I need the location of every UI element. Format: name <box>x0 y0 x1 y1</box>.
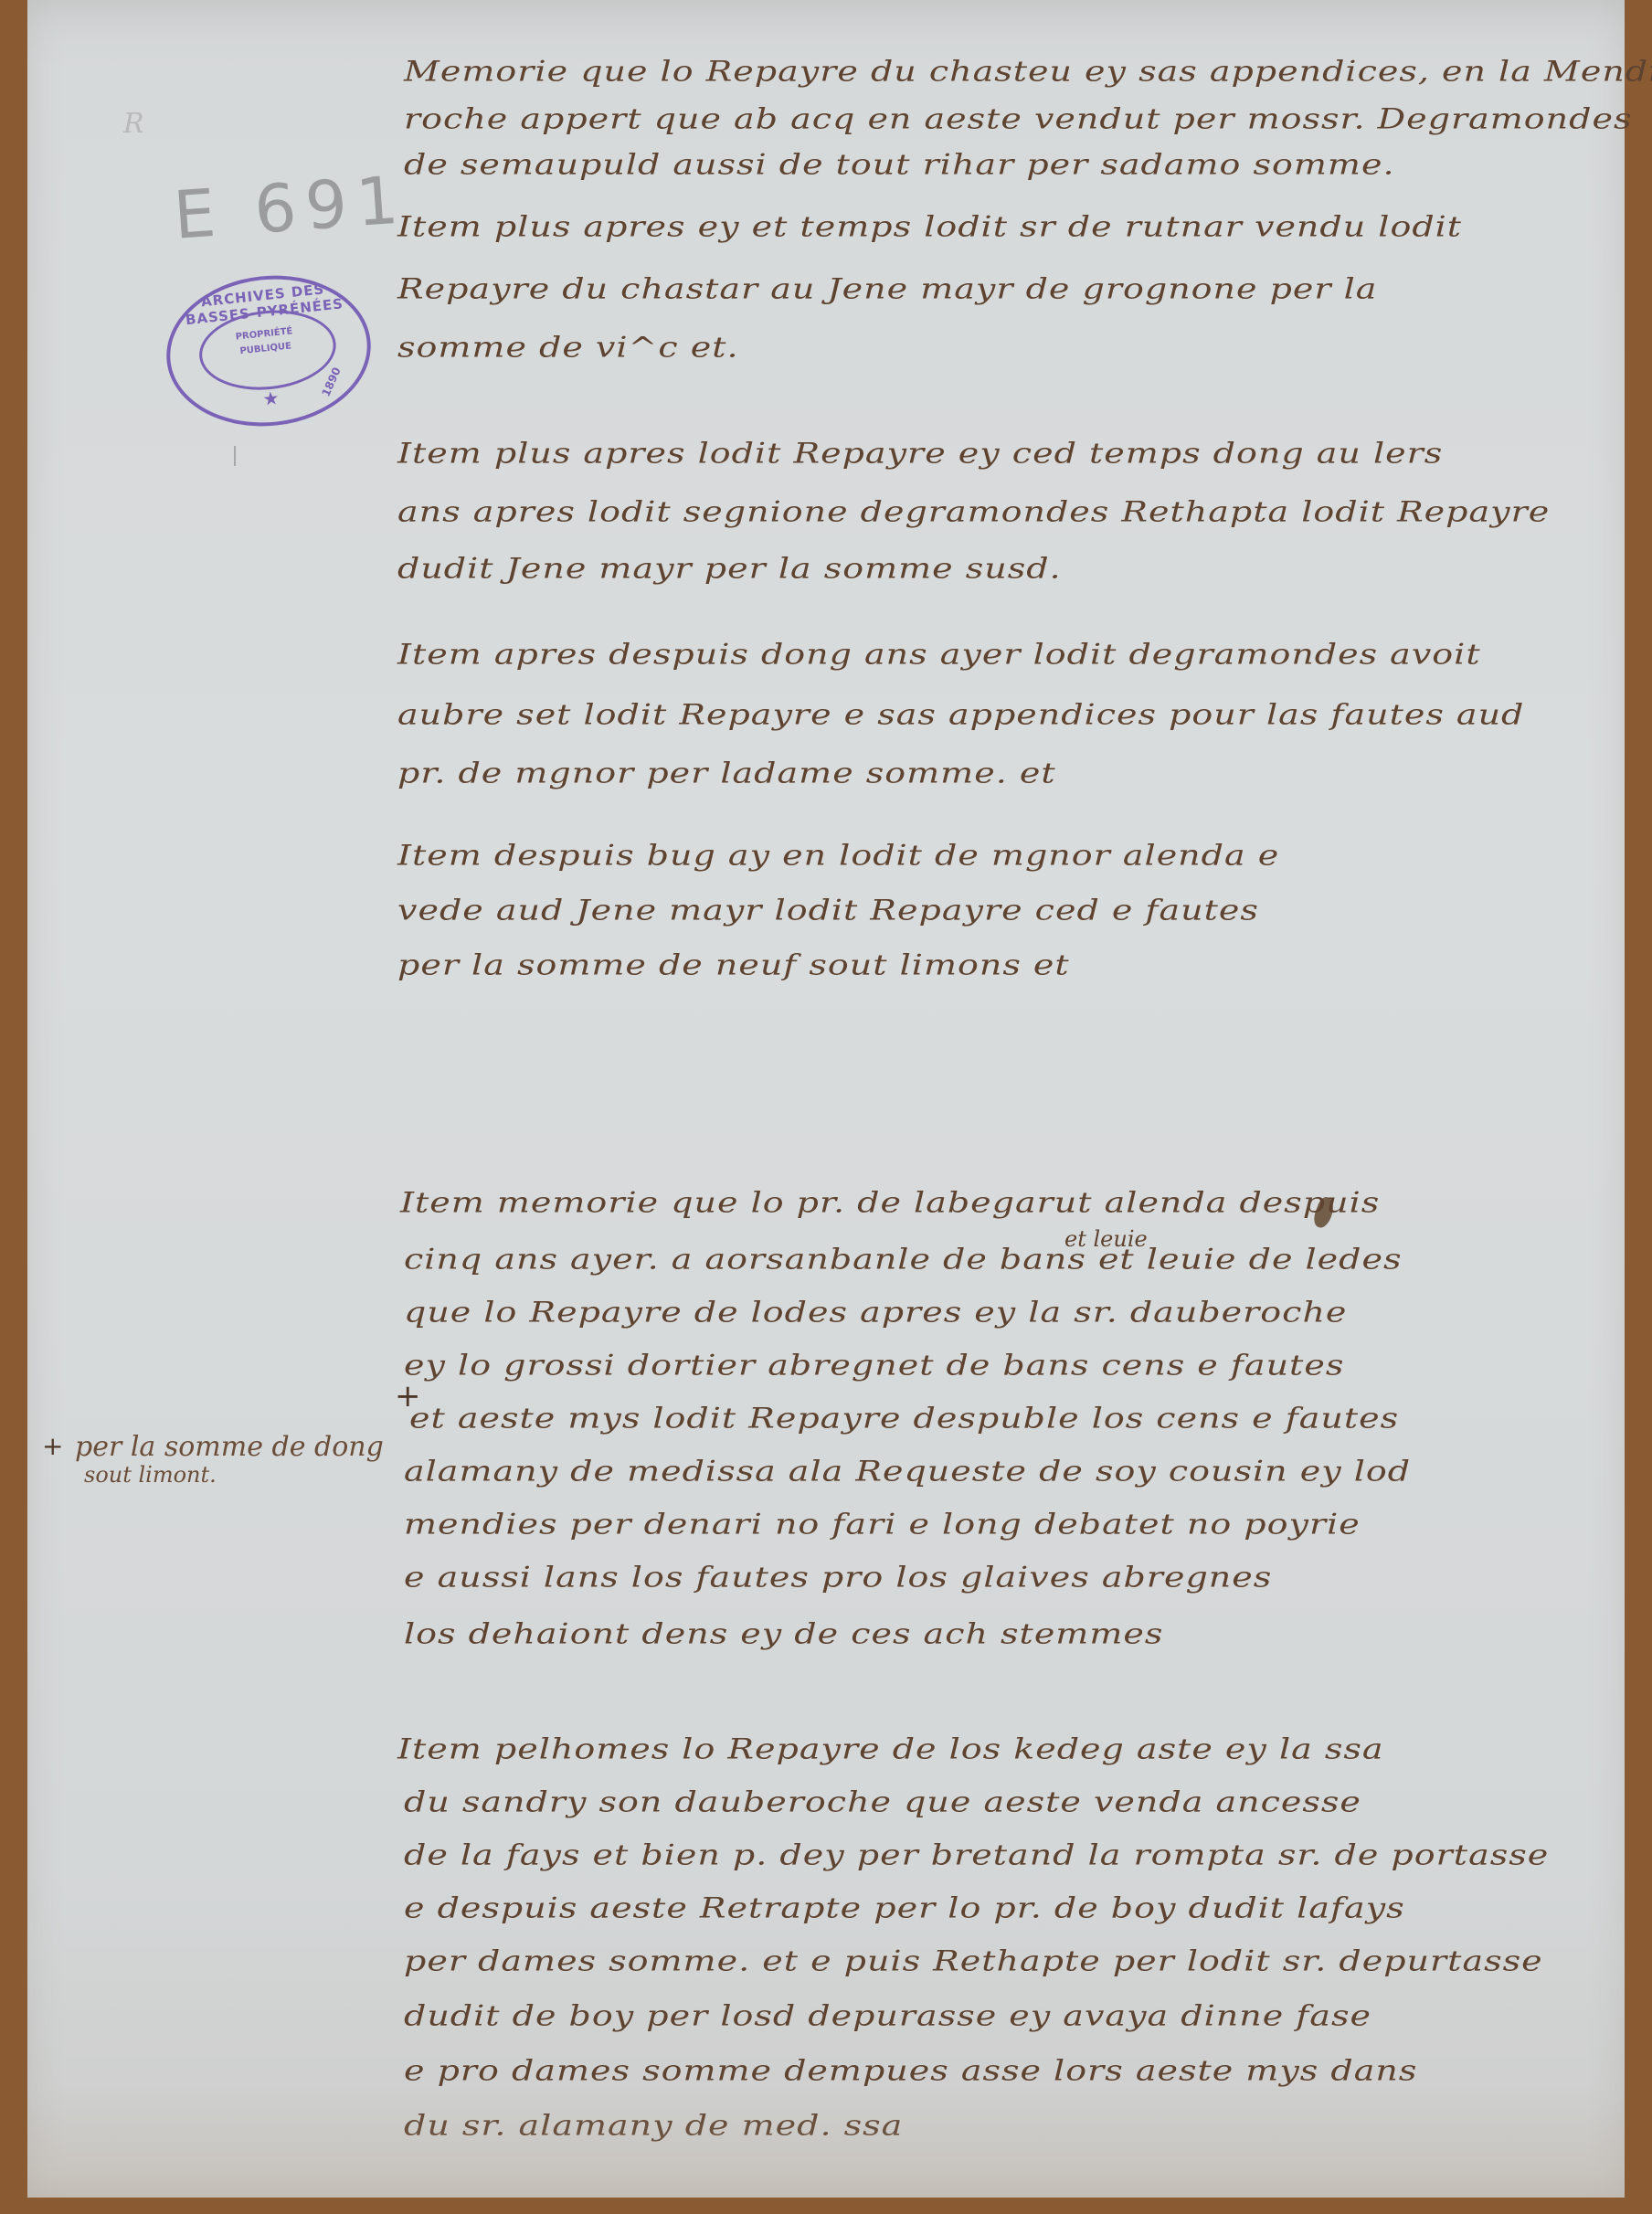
text-line: Item memorie que lo pr. de labegarut ale… <box>400 1186 1380 1219</box>
text-line: Item apres despuis dong ans ayer lodit d… <box>397 638 1481 671</box>
text-line: ans apres lodit segnione degramondes Ret… <box>397 495 1550 528</box>
text-line: per dames somme. et e puis Rethapte per … <box>404 1944 1543 1977</box>
text-line: Item plus apres lodit Repayre ey ced tem… <box>397 437 1443 470</box>
text-line: roche appert que ab acq en aeste vendut … <box>404 102 1632 135</box>
text-line: e pro dames somme dempues asse lors aest… <box>404 2054 1417 2087</box>
star-icon: ★ <box>261 387 280 410</box>
text-line: e despuis aeste Retrapte per lo pr. de b… <box>404 1891 1405 1924</box>
text-line: Memorie que lo Repayre du chasteu ey sas… <box>404 55 1652 88</box>
margin-note-line2: sout limont. <box>84 1462 217 1488</box>
text-line: e aussi lans los fautes pro los glaives … <box>404 1561 1272 1594</box>
text-line: Item plus apres ey et temps lodit sr de … <box>397 210 1462 243</box>
text-line: Item despuis bug ay en lodit de mgnor al… <box>397 839 1279 872</box>
text-line: dudit de boy per losd depurasse ey avaya… <box>404 1999 1371 2032</box>
margin-cross-icon: + <box>42 1431 63 1461</box>
text-line: cinq ans ayer. a aorsanbanle de bans et … <box>404 1243 1402 1276</box>
text-line: de la fays et bien p. dey per bretand la… <box>404 1838 1549 1871</box>
text-line: dudit Jene mayr per la somme susd. <box>397 552 1062 585</box>
faint-mark: R <box>123 108 144 140</box>
text-line: de semaupuld aussi de tout rihar per sad… <box>404 148 1395 181</box>
text-line: alamany de medissa ala Requeste de soy c… <box>404 1455 1411 1488</box>
archive-stamp: ARCHIVES DES BASSES-PYRÉNÉES PROPRIÉTÉ P… <box>159 266 378 437</box>
text-line: mendies per denari no fari e long debate… <box>404 1508 1361 1541</box>
text-line: et aeste mys lodit Repayre despuble los … <box>409 1402 1399 1435</box>
text-line: somme de vi^c et. <box>397 331 739 364</box>
text-line: aubre set lodit Repayre e sas appendices… <box>397 698 1524 731</box>
text-line: du sandry son dauberoche que aeste venda… <box>404 1785 1361 1818</box>
text-line: Item pelhomes lo Repayre de los kedeg as… <box>397 1732 1384 1765</box>
text-line: que lo Repayre de lodes apres ey la sr. … <box>404 1296 1347 1329</box>
manuscript-page: R E 691 ARCHIVES DES BASSES-PYRÉNÉES PRO… <box>27 0 1625 2198</box>
margin-note-line1: per la somme de dong <box>75 1431 384 1463</box>
text-line: Repayre du chastar au Jene mayr de grogn… <box>397 272 1377 305</box>
pencil-tick <box>234 446 236 466</box>
text-line: per la somme de neuf sout limons et <box>397 948 1070 981</box>
text-line: pr. de mgnor per ladame somme. et <box>397 757 1056 789</box>
text-line: los dehaiont dens ey de ces ach stemmes <box>404 1617 1163 1650</box>
text-line: ey lo grossi dortier abregnet de bans ce… <box>404 1349 1344 1382</box>
stamp-year: 1890 <box>319 365 343 398</box>
shelfmark: E 691 <box>171 161 409 254</box>
text-line: du sr. alamany de med. ssa <box>404 2109 903 2142</box>
text-line: vede aud Jene mayr lodit Repayre ced e f… <box>397 894 1259 927</box>
